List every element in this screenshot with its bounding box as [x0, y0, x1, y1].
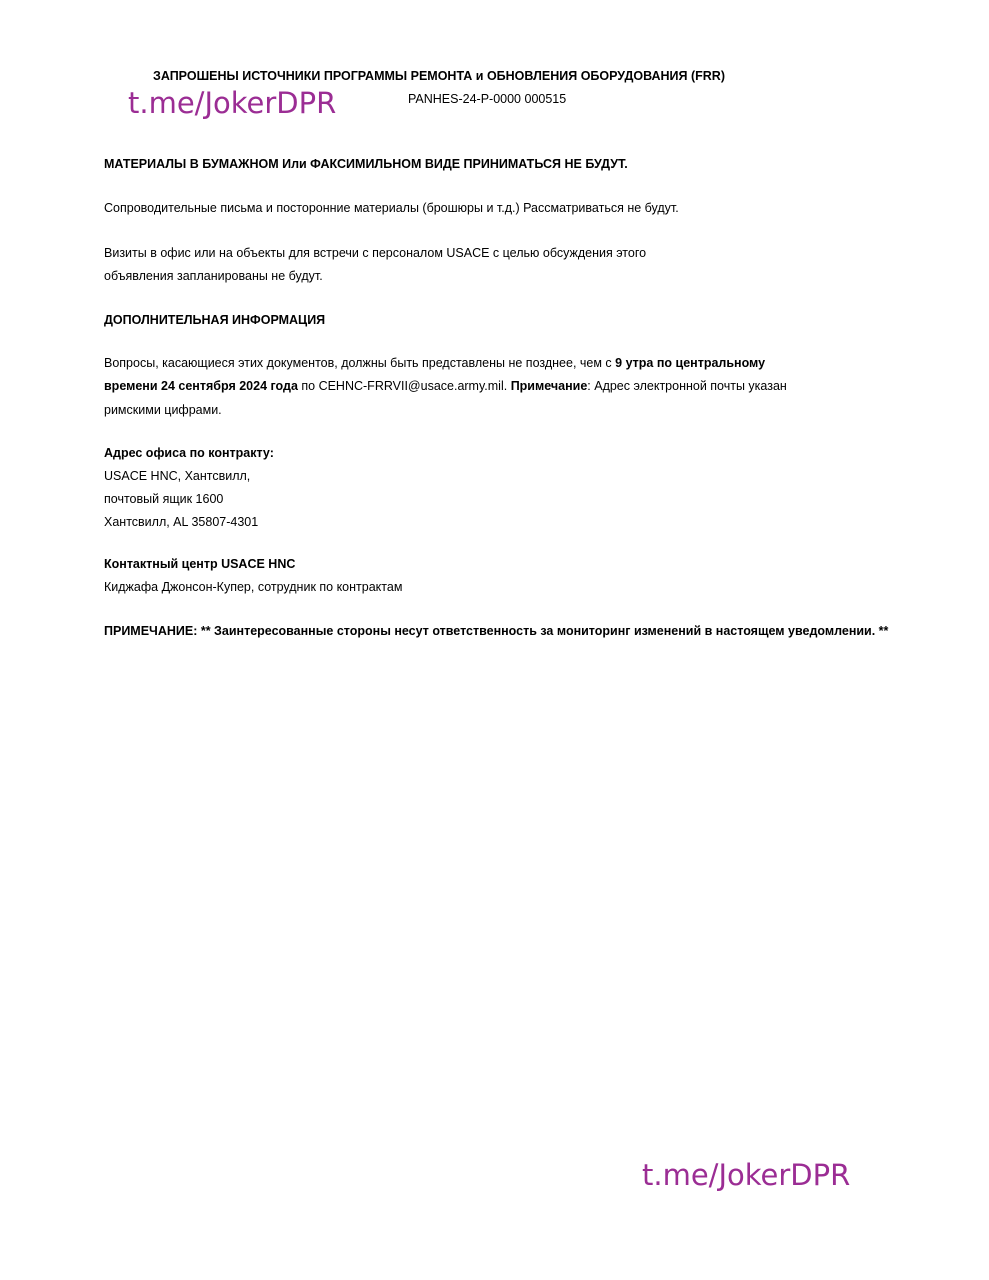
- visits-notice-line2: объявления запланированы не будут.: [104, 265, 323, 288]
- document-title: ЗАПРОШЕНЫ ИСТОЧНИКИ ПРОГРАММЫ РЕМОНТА и …: [153, 69, 725, 83]
- questions-email: по CEHNC-FRRVII@usace.army.mil.: [298, 379, 511, 393]
- additional-info-heading: ДОПОЛНИТЕЛЬНАЯ ИНФОРМАЦИЯ: [104, 309, 325, 332]
- cover-letters-notice: Сопроводительные письма и посторонние ма…: [104, 197, 679, 220]
- office-address-line1: USACE HNC, Хантсвилл,: [104, 465, 250, 488]
- questions-line3: римскими цифрами.: [104, 399, 222, 422]
- questions-line2: времени 24 сентября 2024 года по CEHNC-F…: [104, 375, 787, 398]
- final-note: ПРИМЕЧАНИЕ: ** Заинтересованные стороны …: [104, 620, 888, 643]
- watermark-top: t.me/JokerDPR: [128, 86, 336, 120]
- contact-heading: Контактный центр USACE HNC: [104, 553, 295, 576]
- contact-person: Киджафа Джонсон-Купер, сотрудник по конт…: [104, 576, 402, 599]
- note-label: Примечание: [511, 379, 588, 393]
- deadline-date: времени 24 сентября 2024 года: [104, 379, 298, 393]
- note-text: : Адрес электронной почты указан: [587, 379, 787, 393]
- office-address-line2: почтовый ящик 1600: [104, 488, 223, 511]
- questions-text: Вопросы, касающиеся этих документов, дол…: [104, 356, 615, 370]
- watermark-bottom: t.me/JokerDPR: [642, 1158, 850, 1192]
- document-number: PANHES-24-P-0000 000515: [408, 92, 566, 106]
- no-paper-notice: МАТЕРИАЛЫ В БУМАЖНОМ Или ФАКСИМИЛЬНОМ ВИ…: [104, 153, 628, 176]
- questions-line1: Вопросы, касающиеся этих документов, дол…: [104, 352, 765, 375]
- office-address-line3: Хантсвилл, AL 35807-4301: [104, 511, 258, 534]
- visits-notice-line1: Визиты в офис или на объекты для встречи…: [104, 242, 646, 265]
- deadline-time: 9 утра по центральному: [615, 356, 765, 370]
- office-address-heading: Адрес офиса по контракту:: [104, 442, 274, 465]
